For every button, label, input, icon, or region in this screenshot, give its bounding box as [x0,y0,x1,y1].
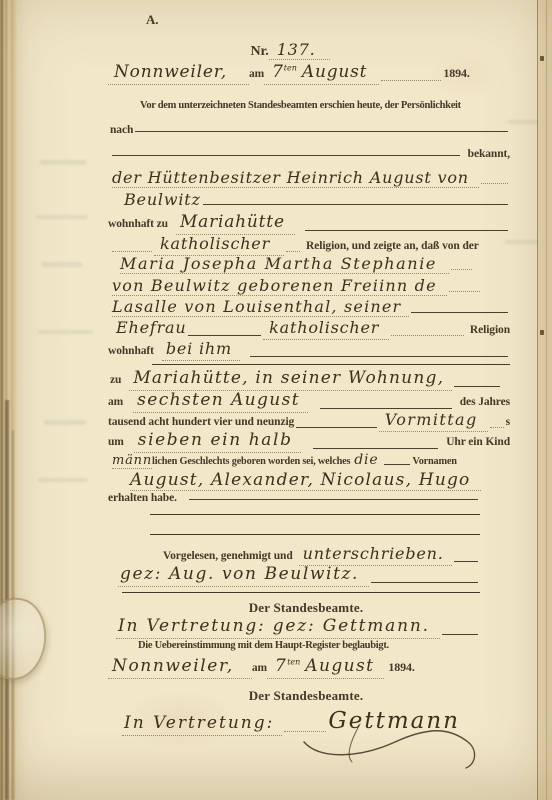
gender-line: männ lichen Geschlechts geboren worden s… [112,452,514,469]
nach-line: nach [110,124,510,136]
am-label2: am [252,662,267,674]
residence-value: Mariahütte [176,212,295,235]
declarant-line1: der Hüttenbesitzer Heinrich August von [112,168,510,188]
bleed-through-mark [36,215,88,219]
dotted-fill [451,269,472,270]
form-letter-label: A. [146,12,158,28]
blank-line [296,427,377,428]
bleed-through-mark [40,160,86,165]
blank-line [454,386,500,387]
intro-text: Vor dem unterzeichneten Standesbeamten e… [140,100,461,111]
blank-line [188,335,261,336]
dotted-fill [381,80,441,81]
birthplace-line: zu Mariahütte, in seiner Wohnung, [110,368,510,391]
blank-line [135,131,508,132]
date-value: 7tenAugust [264,62,379,85]
wohnhaft-zu-label: wohnhaft zu [108,218,168,230]
dotted-fill [391,335,464,336]
year-words-label: tausend acht hundert vier und neunzig [108,416,294,428]
dotted-fill [449,291,480,292]
mother-line1: Maria Josepha Martha Stephanie [120,254,474,274]
official-title: Der Standesbeamte. [249,600,364,616]
official-title2: Der Standesbeamte. [249,688,364,704]
official-title-line1: Der Standesbeamte. [88,600,524,616]
year-value2: 1894. [388,660,415,675]
date-value2: 7tenAugust [267,656,384,679]
bleed-through-mark [505,240,539,244]
blank-line [442,634,478,635]
ehefrau-line: Ehefrau katholischer Religion [116,318,510,340]
blank-line [320,408,452,409]
vornamen-label: Vornamen [412,456,456,467]
blank-line [189,499,478,500]
residence-line: wohnhaft zu Mariahütte [108,212,510,235]
certification-line: Die Uebereinstimmung mit dem Haupt-Regis… [138,640,518,651]
page-right-edge [537,0,552,800]
bleed-through-mark [38,330,93,334]
child-names-value: August, Alexander, Nicolaus, Hugo [130,470,481,491]
edge-mark [540,330,544,335]
birthyear-line: tausend acht hundert vier und neunzig Vo… [108,410,510,432]
blank-line [305,230,508,231]
mother-religion-value: katholischer [263,318,389,340]
record-number-value: 137. [269,40,330,60]
dateline-top: Nonnweiler, am 7tenAugust 1894. [108,62,504,85]
declarant-surname: Beulwitz [124,190,201,209]
gender-hand-value: männ [112,453,152,469]
declarant-text: der Hüttenbesitzer Heinrich August von [112,168,479,188]
registrar-signature1: In Vertretung: gez: Gettmann. [116,616,440,639]
religion-statement: Religion, und zeigte an, daß von der [306,240,479,252]
die-value: die [354,452,378,468]
mother-maiden-name: von Beulwitz geborenen Freiinn de [112,276,447,296]
blank-ruled-line [150,526,480,535]
zu-label: zu [110,374,121,386]
wohnhaft-label: wohnhaft [108,345,154,357]
scanned-birth-record-page: A. Nr. 137. Nonnweiler, am 7tenAugust 18… [0,0,552,800]
blank-line [313,448,439,449]
gender-statement: lichen Geschlechts geboren worden sei, w… [152,456,350,467]
blank-line [384,464,410,465]
page-right-edge-line [546,0,547,800]
bleed-through-mark [44,420,86,425]
time-of-day-value: Vormittag [379,410,488,432]
ehefrau-label: Ehefrau [116,318,186,337]
birthtime-line: um sieben ein halb Uhr ein Kind [108,430,510,453]
mother-line2: von Beulwitz geborenen Freiinn de [112,276,482,296]
mother-names: Maria Josepha Martha Stephanie [120,254,449,274]
dotted-fill [112,251,152,252]
edge-mark [540,56,544,61]
record-number-label: Nr. [250,44,268,60]
religion-label: Religion [470,324,510,336]
nach-label: nach [110,124,133,136]
erhalten-line: erhalten habe. [108,492,480,504]
birthplace-value: Mariahütte, in seiner Wohnung, [129,368,452,391]
des-jahres-label: des Jahres [460,396,510,408]
blank-line [371,582,478,583]
vorgelesen-line: Vorgelesen, genehmigt und unterschrieben… [163,544,480,566]
year-value: 1894. [443,66,470,81]
in-vertretung-label: In Vertretung: [122,713,282,736]
form-letter-a: A. [146,12,158,28]
blank-line [203,204,508,205]
page-curl-tab [0,594,51,684]
vertretung1-line: In Vertretung: gez: Gettmann. [116,616,480,639]
dotted-fill [490,427,504,428]
certification-text: Die Uebereinstimmung mit dem Haupt-Regis… [138,640,389,651]
blank-line [454,561,478,562]
bleed-through-mark [42,262,82,267]
mother-family-name: Lasalle von Louisenthal, seiner [112,297,409,317]
bleed-through-mark [508,120,538,124]
mother-line3: Lasalle von Louisenthal, seiner [112,297,510,317]
place-name: Nonnweiler, [108,62,249,85]
declarant-line2: Beulwitz [124,190,510,209]
birthtime-value: sieben ein halb [134,430,301,453]
um-label: um [108,436,124,448]
signature-flourish [300,712,500,772]
dateline-bottom: Nonnweiler, am 7tenAugust 1894. [108,656,492,679]
dotted-fill [481,183,508,184]
record-number-line: Nr. 137. [230,40,350,60]
separator-line [152,356,510,365]
child-names-line: August, Alexander, Nicolaus, Hugo [130,470,466,491]
blank-line [112,155,460,156]
blank-ruled-line [150,506,480,515]
declarant-religion-line: katholischer Religion, und zeigte an, da… [110,234,510,256]
bekannt-line: bekannt, [110,148,510,160]
bleed-through-mark [38,478,88,482]
erhalten-habe-label: erhalten habe. [108,492,177,504]
am-label: am [108,396,123,408]
official-title-line2: Der Standesbeamte. [88,688,524,704]
intro-line: Vor dem unterzeichneten Standesbeamten e… [140,100,518,111]
am-label: am [249,68,264,80]
vorgelesen-label: Vorgelesen, genehmigt und [163,550,293,562]
bekannt-label: bekannt, [468,148,510,160]
unterschrieben-value: unterschrieben. [299,544,452,566]
blank-line [411,312,508,313]
blank-ruled-line [122,584,480,593]
dotted-fill [286,251,300,252]
mittags-s-suffix: s [506,416,510,428]
place-name2: Nonnweiler, [108,656,252,679]
declarant-religion-value: katholischer [154,234,284,256]
uhr-ein-kind-label: Uhr ein Kind [446,436,510,448]
